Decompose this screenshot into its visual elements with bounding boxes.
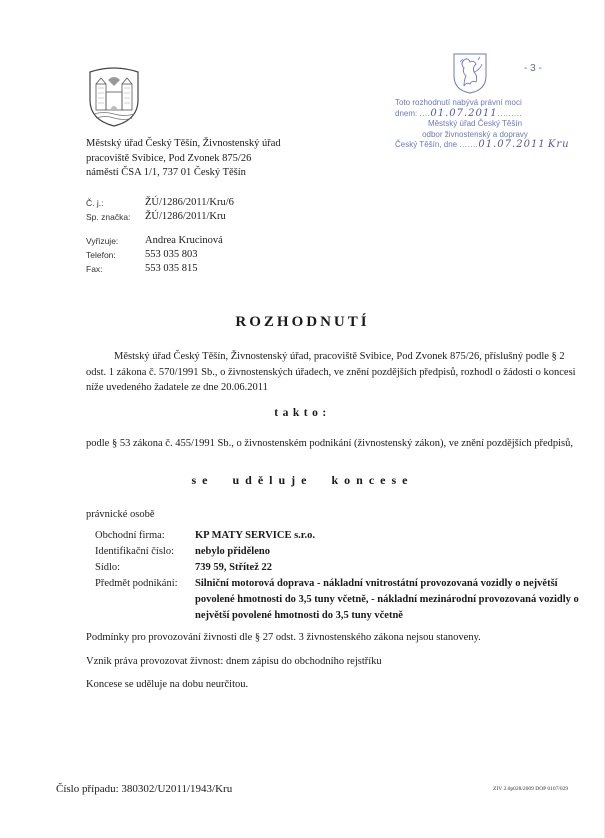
office-address: Městský úřad Český Těšín, Živnostenský ú… — [86, 137, 281, 181]
document-title: ROZHODNUTÍ — [0, 314, 605, 331]
ref-telefon-value: 553 035 803 — [145, 248, 198, 262]
ref-fax-label: Fax: — [86, 262, 145, 276]
ref-sp-row: Sp. značka: ŽÚ/1286/2011/Kru — [86, 210, 234, 224]
info-label: Obchodní firma: — [95, 528, 195, 544]
ref-telefon-row: Telefon: 553 035 803 — [86, 248, 234, 262]
info-value: 739 59, Střítež 22 — [195, 560, 595, 576]
reference-block: Č. j.: ŽÚ/1286/2011/Kru/6 Sp. značka: ŽÚ… — [86, 196, 234, 276]
grant-heading: se uděluje koncese — [0, 473, 605, 488]
stamp-handwritten-date: 01.07.2011 — [430, 108, 497, 119]
info-value: nebylo přiděleno — [195, 544, 595, 560]
czech-lion-stamp-icon — [452, 52, 488, 94]
stamp-line-5: Český Těšín, dne .......01.07.2011 Kru — [395, 140, 575, 151]
intro-paragraph-text: Městský úřad Český Těšín, Živnostenský ú… — [86, 351, 576, 393]
stamp-place-date-label: Český Těšín, dne — [395, 140, 457, 149]
ref-cj-value: ŽÚ/1286/2011/Kru/6 — [145, 196, 234, 210]
notes: Podmínky pro provozování živnosti dle § … — [86, 631, 481, 702]
info-row-id: Identifikační číslo: nebylo přiděleno — [95, 544, 595, 560]
ref-vyrizuje-row: Vyřizuje: Andrea Krucinová — [86, 234, 234, 248]
office-line-3: náměstí ČSA 1/1, 737 01 Český Těšín — [86, 166, 281, 181]
note-duration: Koncese se uděluje na dobu neurčitou. — [86, 678, 481, 692]
info-value: KP MATY SERVICE s.r.o. — [195, 528, 595, 544]
info-row-business: Předmět podnikání: Silniční motorová dop… — [95, 576, 595, 624]
takto-heading: takto: — [0, 407, 605, 419]
form-id: ZIV 2.0p028/2009 DOP 0107/029 — [493, 786, 568, 792]
ref-fax-value: 553 035 815 — [145, 262, 198, 276]
legal-effect-stamp: Toto rozhodnutí nabývá právní moci dnem:… — [395, 98, 575, 151]
page-number: - 3 - — [524, 63, 542, 74]
ref-vyrizuje-value: Andrea Krucinová — [145, 234, 223, 248]
ref-cj-label: Č. j.: — [86, 196, 145, 210]
stamp-line-3: Městský úřad Český Těšín — [395, 119, 575, 130]
info-row-firm: Obchodní firma: KP MATY SERVICE s.r.o. — [95, 528, 595, 544]
ref-telefon-label: Telefon: — [86, 248, 145, 262]
note-conditions: Podmínky pro provozování živnosti dle § … — [86, 631, 481, 645]
legal-entity-label: právnické osobě — [86, 509, 155, 520]
info-label: Předmět podnikání: — [95, 576, 195, 624]
ref-fax-row: Fax: 553 035 815 — [86, 262, 234, 276]
intro-paragraph: Městský úřad Český Těšín, Živnostenský ú… — [86, 349, 581, 396]
info-value: Silniční motorová doprava - nákladní vni… — [195, 576, 595, 624]
legal-basis-paragraph: podle § 53 zákona č. 455/1991 Sb., o živ… — [86, 436, 581, 452]
stamp-line-2: dnem: ....01.07.2011......... — [395, 109, 575, 120]
office-line-1: Městský úřad Český Těšín, Živnostenský ú… — [86, 137, 281, 152]
city-coat-of-arms-icon — [86, 66, 142, 128]
stamp-signature: Kru — [548, 139, 570, 150]
info-label: Sídlo: — [95, 560, 195, 576]
ref-sp-label: Sp. značka: — [86, 210, 145, 224]
note-origin: Vznik práva provozovat živnost: dnem záp… — [86, 655, 481, 669]
office-line-2: pracoviště Svibice, Pod Zvonek 875/26 — [86, 152, 281, 167]
info-label: Identifikační číslo: — [95, 544, 195, 560]
stamp-date-label: dnem: — [395, 109, 417, 118]
ref-sp-value: ŽÚ/1286/2011/Kru — [145, 210, 226, 224]
stamp-handwritten-date-2: 01.07.2011 — [478, 139, 545, 150]
info-row-seat: Sídlo: 739 59, Střítež 22 — [95, 560, 595, 576]
ref-vyrizuje-label: Vyřizuje: — [86, 234, 145, 248]
case-number: Číslo případu: 380302/U2011/1943/Kru — [56, 783, 232, 795]
company-info: Obchodní firma: KP MATY SERVICE s.r.o. I… — [95, 528, 595, 624]
ref-cj-row: Č. j.: ŽÚ/1286/2011/Kru/6 — [86, 196, 234, 210]
